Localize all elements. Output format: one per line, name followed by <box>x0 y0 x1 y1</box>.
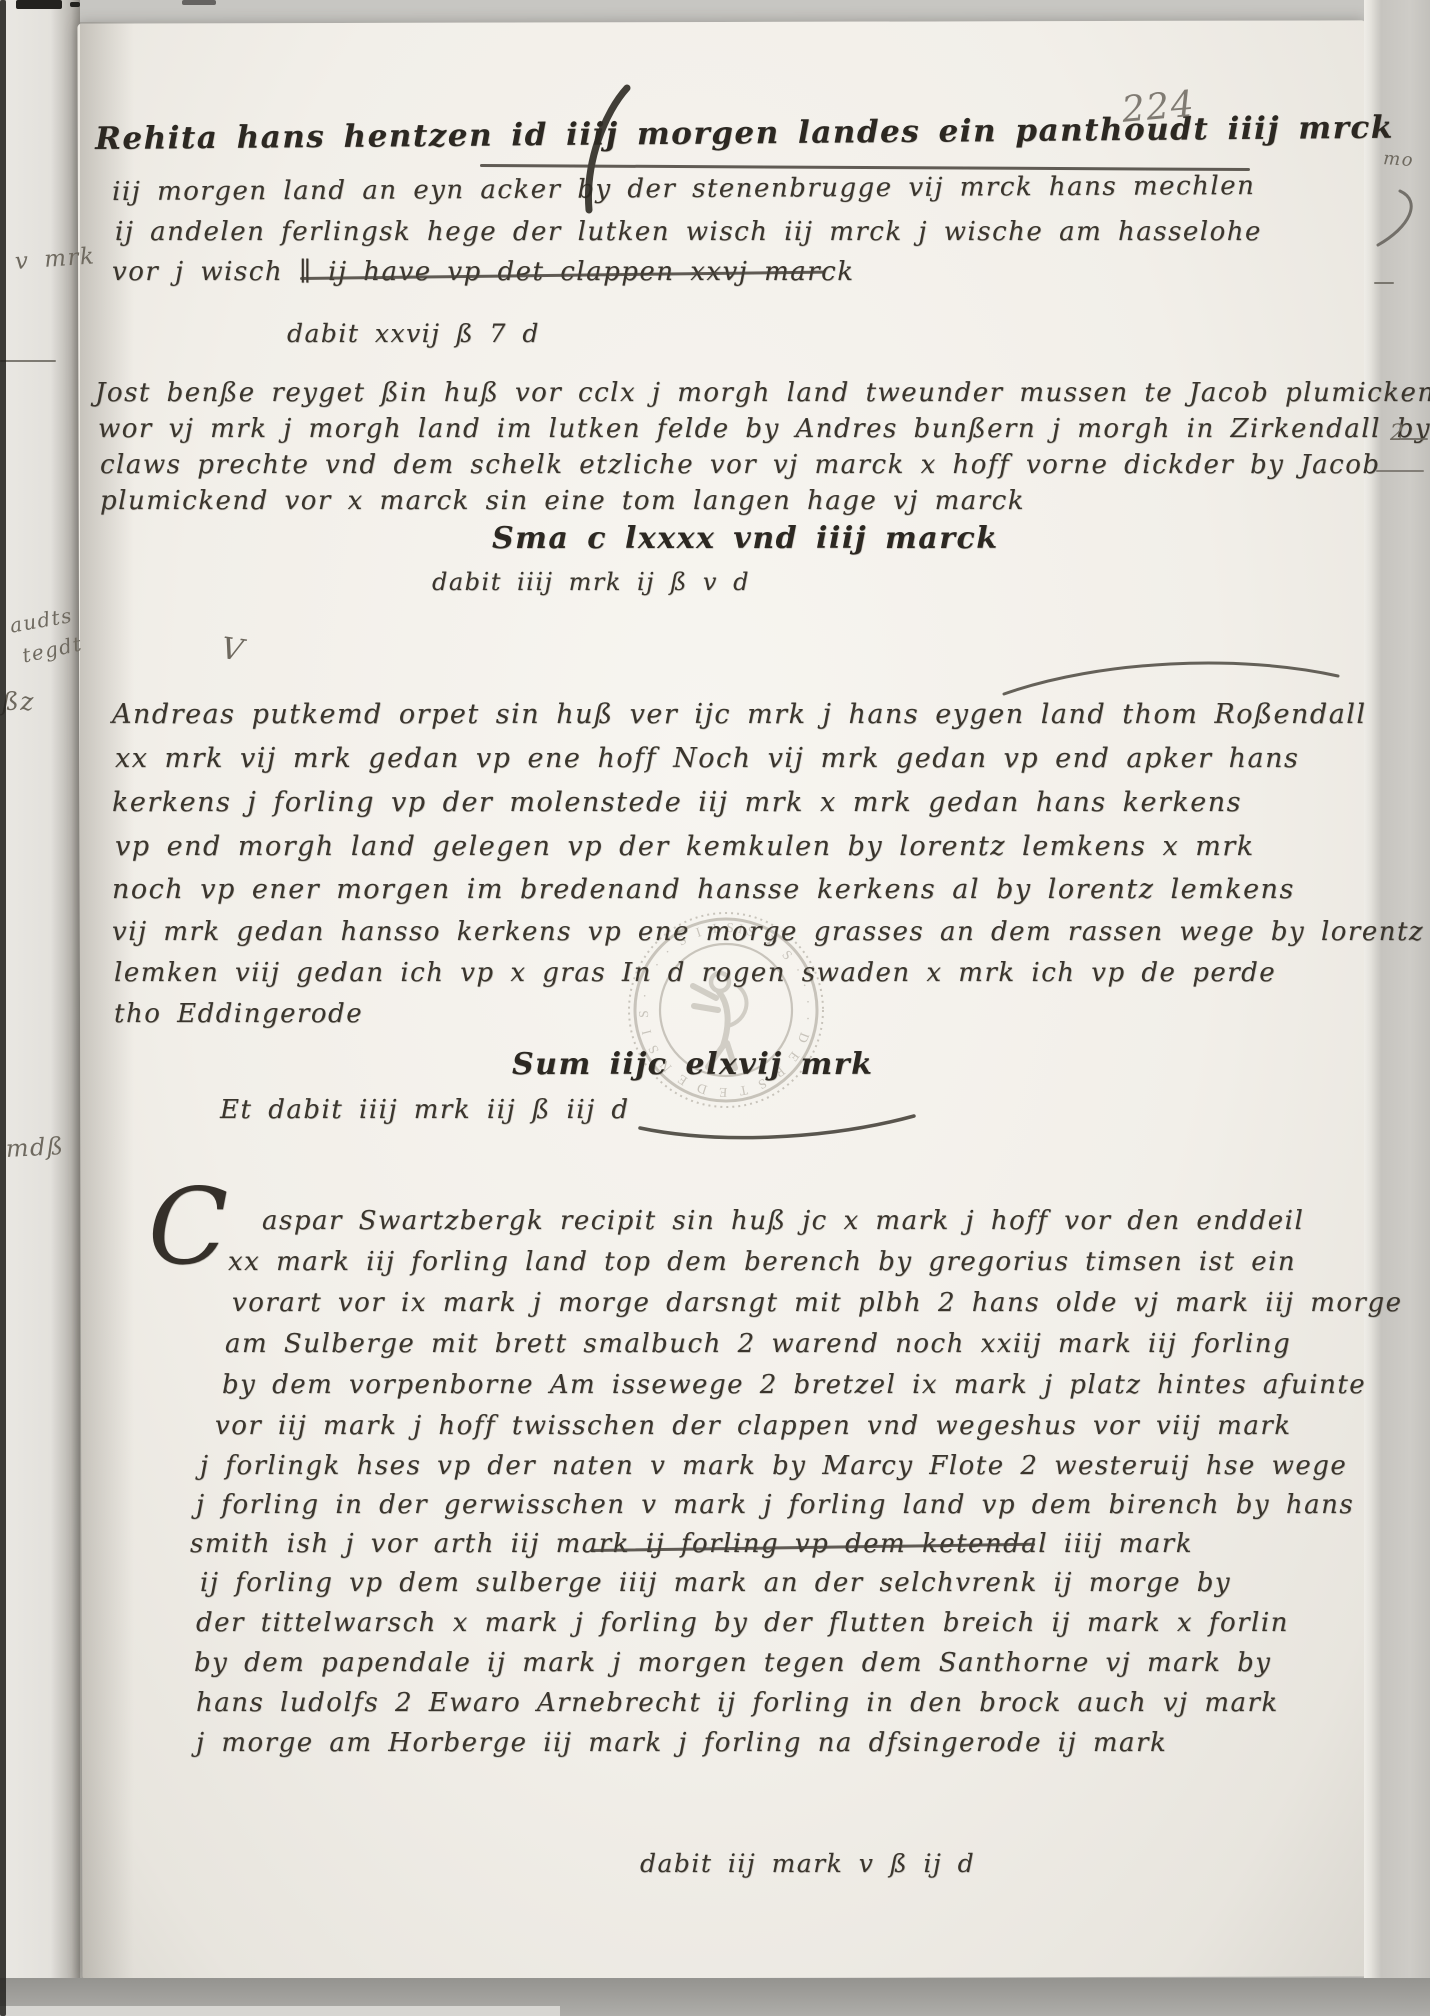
entry1-line1-text: Rehita hans hentzen id <box>95 117 566 157</box>
manuscript-line: vp end morgh land gelegen vp der kemkule… <box>115 830 1255 864</box>
manuscript-line: ij andelen ferlingsk hege der lutken wis… <box>115 216 1262 249</box>
manuscript-line: j forling in der gerwisschen v mark j fo… <box>196 1489 1354 1522</box>
manuscript-line: j morge am Horberge iij mark j forling n… <box>196 1727 1167 1760</box>
manuscript-line: am Sulberge mit brett smalbuch 2 warend … <box>225 1328 1291 1361</box>
manuscript-line: plumickend vor x marck sin eine tom lang… <box>100 485 1025 518</box>
margin-mark <box>1374 282 1394 284</box>
previous-page-edge <box>6 0 80 2016</box>
page-number: 224 <box>1120 82 1197 133</box>
pen-flourish <box>535 82 645 217</box>
next-page-edge <box>1364 0 1430 2016</box>
manuscript-line: hans ludolfs 2 Ewaro Arnebrecht ij forli… <box>196 1687 1279 1720</box>
scan-artifact <box>16 0 62 9</box>
initial-letter: C <box>148 1162 230 1293</box>
manuscript-line: der tittelwarsch x mark j forling by der… <box>196 1607 1289 1640</box>
manuscript-scan: v mrk audts tegdt ßz mdß SIS ✠ S · · · ·… <box>0 0 1430 2016</box>
summa-line: Sma c lxxxx vnd iiij marck <box>492 520 999 558</box>
margin-fragment: v mrk <box>14 242 96 276</box>
dabit-line: dabit xxvij ß 7 d <box>287 318 540 349</box>
dabit-line: dabit iij mark v ß ij d <box>640 1848 975 1879</box>
manuscript-line: tho Eddingerode <box>114 998 363 1031</box>
scan-artifact <box>182 0 216 5</box>
entry1-line1-underlined-text: iiij morgen landes ein panthoudt iiij mr… <box>566 110 1394 153</box>
pen-flourish <box>1000 650 1345 710</box>
manuscript-line: by dem papendale ij mark j morgen tegen … <box>194 1647 1271 1680</box>
margin-fragment: mdß <box>5 1131 65 1164</box>
manuscript-line: claws prechte vnd dem schelk etzliche vo… <box>100 449 1381 482</box>
pen-flourish <box>636 1106 921 1150</box>
manuscript-line: Jost benße reyget ßin huß vor cclx j mor… <box>95 377 1430 410</box>
manuscript-line: wor vj mrk j morgh land im lutken felde … <box>98 413 1430 446</box>
manuscript-line: lemken viij gedan ich vp x gras In d rog… <box>114 957 1276 990</box>
margin-fragment: 2 <box>1390 420 1406 448</box>
manuscript-line: noch vp ener morgen im bredenand hansse … <box>112 873 1295 907</box>
manuscript-line: ij forling vp dem sulberge iiij mark an … <box>200 1567 1231 1600</box>
scanner-edge-left <box>0 0 6 2016</box>
manuscript-line: j forlingk hses vp der naten v mark by M… <box>200 1450 1347 1483</box>
entry1-line4-text: vor j wisch ∥ <box>112 257 328 287</box>
margin-fragment: ßz <box>2 686 35 717</box>
manuscript-line: aspar Swartzbergk recipit sin huß jc x m… <box>262 1205 1304 1238</box>
manuscript-line: vorart vor ix mark j morge darsngt mit p… <box>232 1287 1402 1320</box>
summa-line: Sum iijc elxvij mrk <box>512 1046 873 1084</box>
manuscript-line: vij mrk gedan hansso kerkens vp ene morg… <box>112 916 1424 949</box>
manuscript-line: xx mark iij forling land top dem berench… <box>228 1246 1296 1279</box>
manuscript-line: iij morgen land an eyn acker by der sten… <box>112 170 1255 208</box>
dabit-line: dabit iiij mrk ij ß v d <box>432 567 750 597</box>
margin-mark <box>1376 470 1424 472</box>
scan-bottom-page-sliver <box>0 2006 560 2016</box>
margin-rule <box>0 360 56 362</box>
margin-mark <box>1400 438 1428 440</box>
manuscript-line: smith ish j vor arth iij mark ij forling… <box>190 1528 1193 1561</box>
scan-artifact <box>70 2 80 7</box>
manuscript-line: vor iij mark j hoff twisschen der clappe… <box>215 1410 1292 1443</box>
dabit-line: Et dabit iiij mrk iij ß iij d <box>220 1094 630 1127</box>
manuscript-line: by dem vorpenborne Am issewege 2 bretzel… <box>222 1369 1366 1402</box>
margin-fragment: mo <box>1382 148 1414 173</box>
manuscript-line: kerkens j forling vp der molenstede iij … <box>112 786 1242 820</box>
manuscript-line: xx mrk vij mrk gedan vp ene hoff Noch vi… <box>115 742 1299 776</box>
entry4-line9-text: smith ish j vor arth iij mark <box>190 1529 646 1559</box>
pen-flourish <box>1370 185 1428 251</box>
